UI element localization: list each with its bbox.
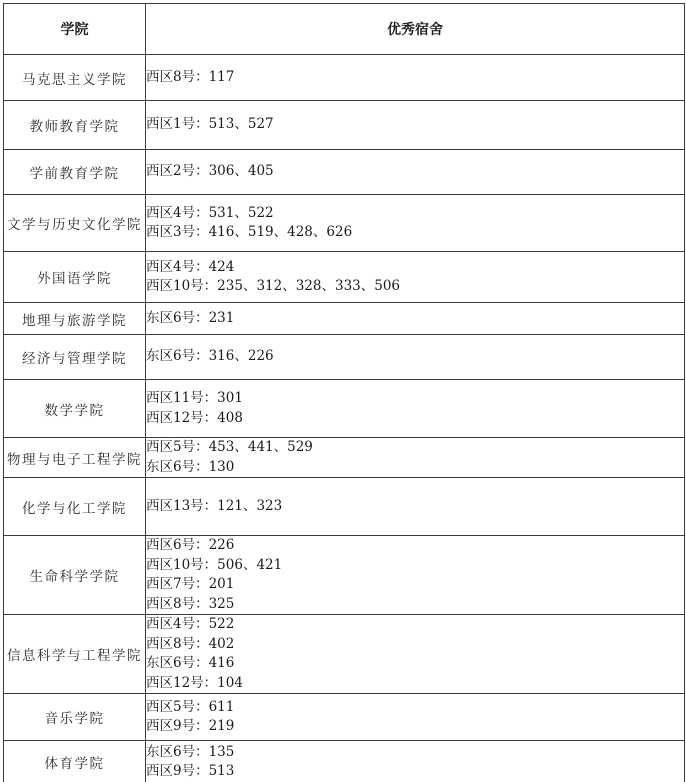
- dorm-entry: 西区4号：522: [146, 615, 684, 635]
- table-row: 音乐学院西区5号：611西区9号：219: [4, 694, 685, 741]
- dorm-list: 东区6号：135西区9号：513: [146, 741, 685, 782]
- table-row: 体育学院东区6号：135西区9号：513: [4, 741, 685, 782]
- table-row: 文学与历史文化学院西区4号：531、522西区3号：416、519、428、62…: [4, 195, 685, 252]
- college-name: 文学与历史文化学院: [4, 195, 146, 252]
- dorm-list: 西区2号：306、405: [146, 150, 685, 195]
- dorm-entry: 西区4号：424: [146, 258, 684, 278]
- dorm-list: 西区5号：611西区9号：219: [146, 694, 685, 741]
- college-name: 经济与管理学院: [4, 335, 146, 380]
- table-row: 外国语学院西区4号：424西区10号：235、312、328、333、506: [4, 252, 685, 303]
- header-dorms: 优秀宿舍: [146, 4, 685, 55]
- dorm-entry: 西区8号：402: [146, 635, 684, 655]
- college-name: 教师教育学院: [4, 101, 146, 150]
- dorm-list: 西区11号：301西区12号：408: [146, 380, 685, 438]
- dorm-entry: 西区9号：219: [146, 717, 684, 737]
- table-row: 地理与旅游学院东区6号：231: [4, 303, 685, 335]
- college-name: 地理与旅游学院: [4, 303, 146, 335]
- dorm-list: 西区8号：117: [146, 55, 685, 101]
- college-name: 马克思主义学院: [4, 55, 146, 101]
- college-name: 生命科学学院: [4, 536, 146, 615]
- table-row: 学前教育学院西区2号：306、405: [4, 150, 685, 195]
- college-name: 化学与化工学院: [4, 478, 146, 536]
- dorm-entry: 西区6号：226: [146, 536, 684, 556]
- dorm-list: 东区6号：316、226: [146, 335, 685, 380]
- dorm-entry: 西区8号：117: [146, 68, 684, 88]
- dorm-entry: 西区13号：121、323: [146, 497, 684, 517]
- dorm-entry: 西区12号：104: [146, 674, 684, 694]
- dorm-entry: 西区2号：306、405: [146, 162, 684, 182]
- table-row: 经济与管理学院东区6号：316、226: [4, 335, 685, 380]
- dorm-entry: 东区6号：416: [146, 654, 684, 674]
- table-row: 数学学院西区11号：301西区12号：408: [4, 380, 685, 438]
- dorm-entry: 西区4号：531、522: [146, 204, 684, 224]
- dorm-entry: 西区11号：301: [146, 389, 684, 409]
- table-row: 生命科学学院西区6号：226西区10号：506、421西区7号：201西区8号：…: [4, 536, 685, 615]
- dorm-list: 西区4号：522西区8号：402东区6号：416西区12号：104: [146, 615, 685, 694]
- table-row: 教师教育学院西区1号：513、527: [4, 101, 685, 150]
- dorm-entry: 东区6号：135: [146, 743, 684, 763]
- dorm-entry: 西区7号：201: [146, 575, 684, 595]
- dorm-list: 西区4号：424西区10号：235、312、328、333、506: [146, 252, 685, 303]
- table-row: 物理与电子工程学院西区5号：453、441、529东区6号：130: [4, 438, 685, 478]
- dorm-entry: 西区12号：408: [146, 409, 684, 429]
- dorm-entry: 西区10号：506、421: [146, 556, 684, 576]
- table-header-row: 学院 优秀宿舍: [4, 4, 685, 55]
- college-name: 体育学院: [4, 741, 146, 782]
- header-college: 学院: [4, 4, 146, 55]
- dorm-list: 西区5号：453、441、529东区6号：130: [146, 438, 685, 478]
- dorm-list: 西区4号：531、522西区3号：416、519、428、626: [146, 195, 685, 252]
- college-name: 物理与电子工程学院: [4, 438, 146, 478]
- college-name: 信息科学与工程学院: [4, 615, 146, 694]
- dorm-list: 西区13号：121、323: [146, 478, 685, 536]
- table-row: 信息科学与工程学院西区4号：522西区8号：402东区6号：416西区12号：1…: [4, 615, 685, 694]
- table-row: 马克思主义学院西区8号：117: [4, 55, 685, 101]
- dorm-entry: 西区5号：453、441、529: [146, 438, 684, 458]
- dorm-entry: 东区6号：130: [146, 458, 684, 478]
- dorm-entry: 西区5号：611: [146, 698, 684, 718]
- dorm-entry: 西区3号：416、519、428、626: [146, 223, 684, 243]
- dorm-list: 东区6号：231: [146, 303, 685, 335]
- college-name: 学前教育学院: [4, 150, 146, 195]
- table-row: 化学与化工学院西区13号：121、323: [4, 478, 685, 536]
- dorm-list: 西区6号：226西区10号：506、421西区7号：201西区8号：325: [146, 536, 685, 615]
- college-name: 数学学院: [4, 380, 146, 438]
- table-body: 马克思主义学院西区8号：117教师教育学院西区1号：513、527学前教育学院西…: [4, 55, 685, 782]
- dorm-entry: 西区10号：235、312、328、333、506: [146, 277, 684, 297]
- dorm-entry: 西区9号：513: [146, 762, 684, 782]
- dorm-list: 西区1号：513、527: [146, 101, 685, 150]
- dorm-entry: 东区6号：316、226: [146, 347, 684, 367]
- college-name: 外国语学院: [4, 252, 146, 303]
- dorm-entry: 东区6号：231: [146, 309, 684, 329]
- dorm-entry: 西区1号：513、527: [146, 115, 684, 135]
- dorm-entry: 西区8号：325: [146, 595, 684, 615]
- college-name: 音乐学院: [4, 694, 146, 741]
- excellent-dorm-table: 学院 优秀宿舍 马克思主义学院西区8号：117教师教育学院西区1号：513、52…: [3, 3, 685, 782]
